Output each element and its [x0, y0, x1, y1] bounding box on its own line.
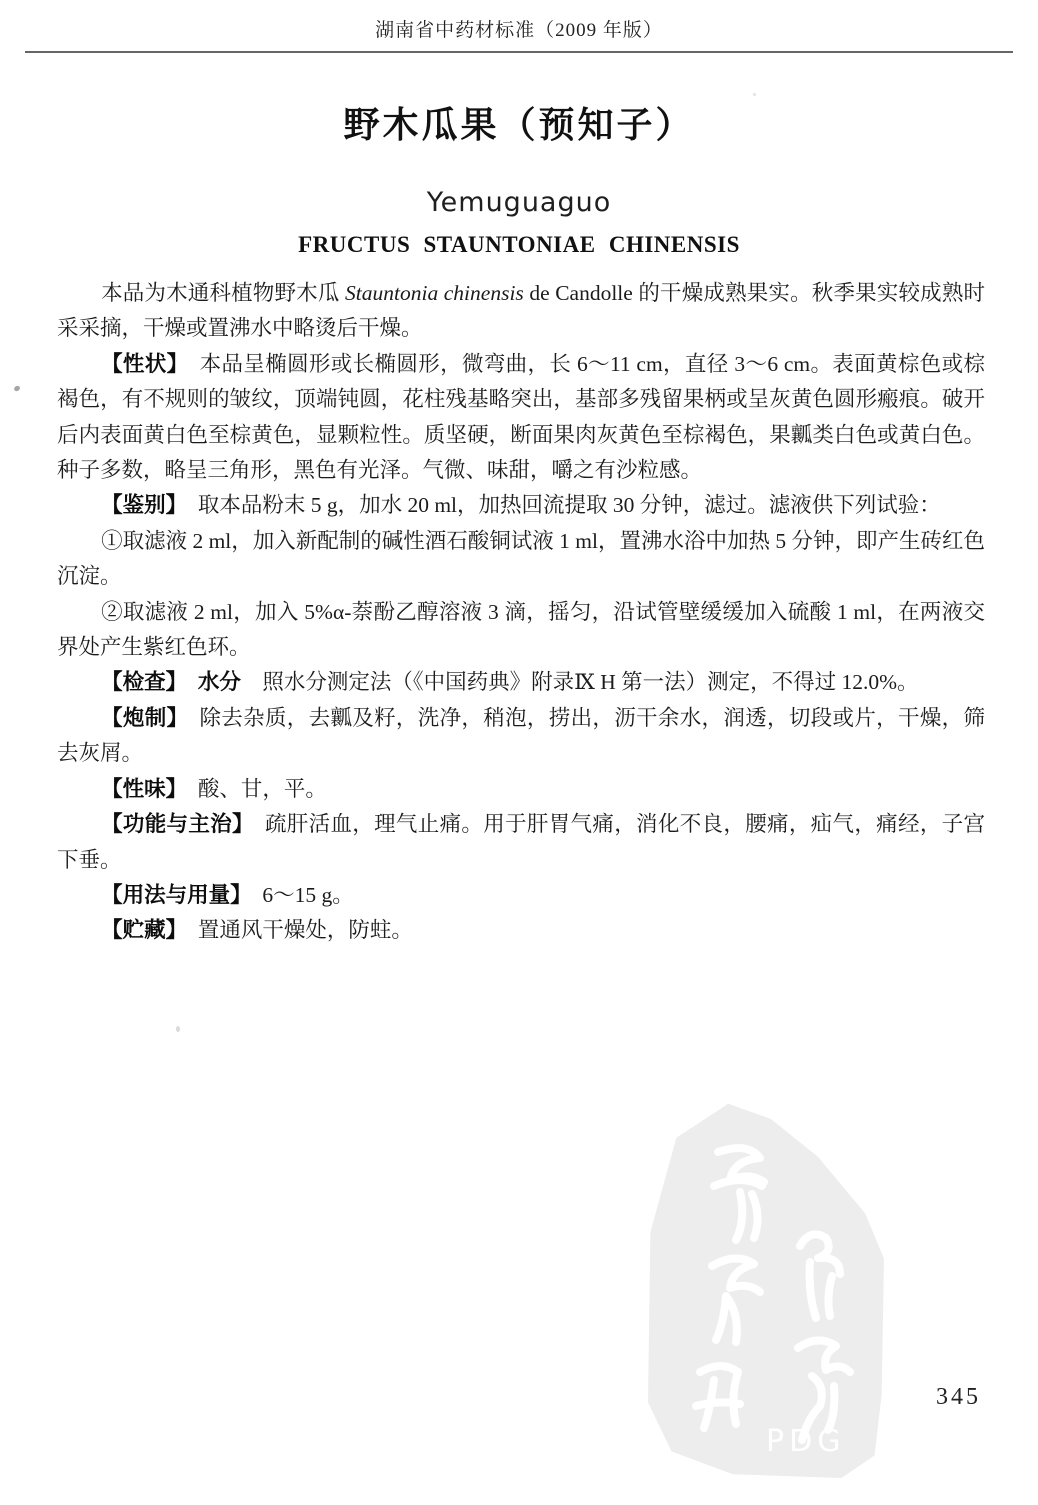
paragraph: 本品为木通科植物野木瓜 Stauntonia chinensis de Cand… [57, 276, 985, 347]
text-run: 置通风干燥处，防蛀。 [176, 918, 413, 942]
section-label: 【性状】 [101, 352, 178, 376]
text-run: 本品呈椭圆形或长椭圆形，微弯曲，长 6～11 cm，直径 3～6 cm。表面黄棕… [57, 352, 985, 482]
paragraph: 【贮藏】 置通风干燥处，防蛀。 [57, 913, 985, 948]
text-run: 照水分测定法（《中国药典》附录Ⅸ H 第一法）测定，不得过 12.0%。 [241, 670, 919, 694]
monograph-title: 野木瓜果（预知子） [0, 101, 1038, 149]
paragraph: 【用法与用量】 6～15 g。 [57, 878, 985, 913]
pdg-seal-watermark: PDG [648, 1100, 884, 1478]
paragraph: 【性状】 本品呈椭圆形或长椭圆形，微弯曲，长 6～11 cm，直径 3～6 cm… [57, 347, 985, 489]
section-label: 水分 [198, 670, 241, 694]
section-label: 【炮制】 [101, 706, 178, 730]
scan-artifact [176, 1026, 180, 1032]
text-run: 除去杂质，去瓤及籽，洗净，稍泡，捞出，沥干余水，润透，切段或片，干燥，筛去灰屑。 [57, 706, 985, 765]
document-page: 湖南省中药材标准（2009 年版） 野木瓜果（预知子） Yemuguaguo F… [0, 0, 1038, 1505]
paragraph: ②取滤液 2 ml，加入 5%α-萘酚乙醇溶液 3 滴，摇匀，沿试管壁缓缓加入硫… [57, 595, 985, 666]
paragraph: 【功能与主治】 疏肝活血，理气止痛。用于肝胃气痛，消化不良，腰痛，疝气，痛经，子… [57, 807, 985, 878]
section-label: 【性味】 [101, 777, 176, 801]
header-rule [25, 51, 1013, 53]
text-run: 取本品粉末 5 g，加水 20 ml，加热回流提取 30 分钟，滤过。滤液供下列… [176, 493, 940, 517]
paragraph: 【鉴别】 取本品粉末 5 g，加水 20 ml，加热回流提取 30 分钟，滤过。… [57, 488, 985, 523]
text-run: 6～15 g。 [241, 883, 354, 907]
paragraph: 【性味】 酸、甘，平。 [57, 772, 985, 807]
latin-binomial: Stauntonia chinensis [345, 281, 524, 305]
section-label: 【检查】 [101, 670, 176, 694]
paragraph: ①取滤液 2 ml，加入新配制的碱性酒石酸铜试液 1 ml，置沸水浴中加热 5 … [57, 524, 985, 595]
section-label: 【功能与主治】 [101, 812, 243, 836]
scan-artifact [13, 385, 21, 392]
scan-artifact [753, 93, 756, 96]
text-run: 本品为木通科植物野木瓜 [101, 281, 345, 305]
section-label: 【用法与用量】 [101, 883, 241, 907]
watermark-label: PDG [766, 1424, 845, 1459]
paragraph: 【炮制】 除去杂质，去瓤及籽，洗净，稍泡，捞出，沥干余水，润透，切段或片，干燥，… [57, 701, 985, 772]
latin-name: FRUCTUS STAUNTONIAE CHINENSIS [0, 229, 1038, 261]
pinyin-name: Yemuguaguo [0, 187, 1038, 219]
seal-script-glyphs [648, 1100, 884, 1478]
running-header: 湖南省中药材标准（2009 年版） [0, 0, 1038, 42]
text-run: ②取滤液 2 ml，加入 5%α-萘酚乙醇溶液 3 滴，摇匀，沿试管壁缓缓加入硫… [57, 600, 985, 659]
text-run: ①取滤液 2 ml，加入新配制的碱性酒石酸铜试液 1 ml，置沸水浴中加热 5 … [57, 529, 985, 588]
text-run: 酸、甘，平。 [176, 777, 327, 801]
monograph-body: 本品为木通科植物野木瓜 Stauntonia chinensis de Cand… [57, 276, 985, 949]
running-header-text: 湖南省中药材标准（2009 年版） [375, 20, 663, 41]
page-number: 345 [936, 1384, 981, 1411]
section-label: 【鉴别】 [101, 493, 176, 517]
text-run [176, 670, 198, 694]
paragraph: 【检查】 水分 照水分测定法（《中国药典》附录Ⅸ H 第一法）测定，不得过 12… [57, 665, 985, 700]
section-label: 【贮藏】 [101, 918, 176, 942]
